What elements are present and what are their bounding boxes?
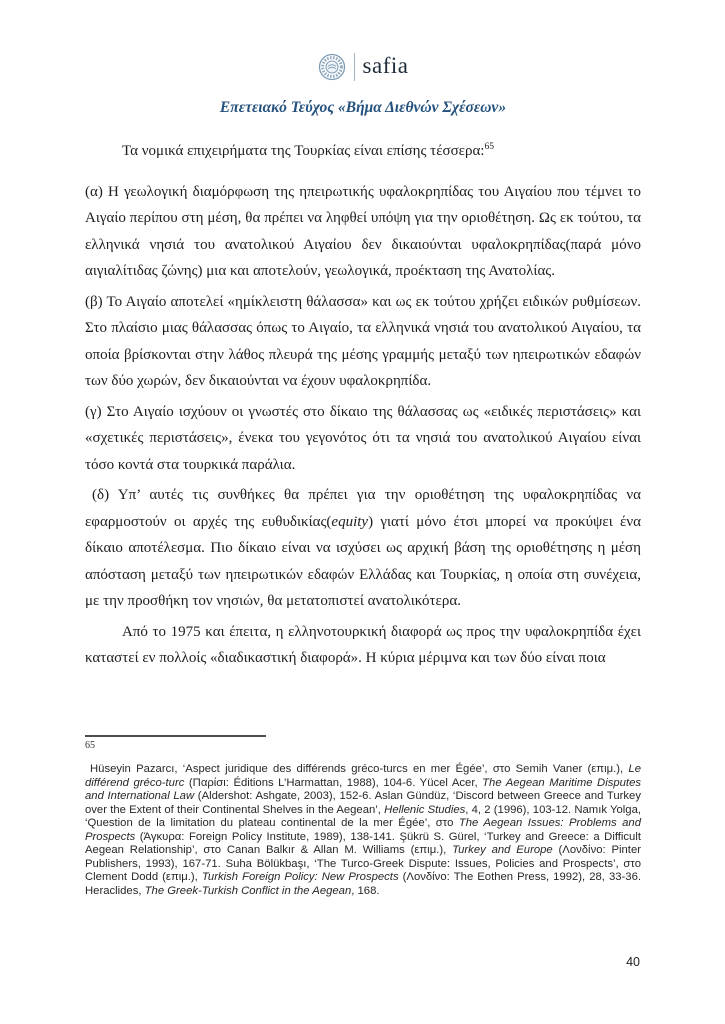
body-paragraph-closing: Από το 1975 και έπειτα, η ελληνοτουρκική… — [85, 619, 641, 672]
body-text: Τα νομικά επιχειρήματα της Τουρκίας είνα… — [85, 138, 641, 672]
body-paragraph-gamma: (γ) Στο Αιγαίο ισχύουν οι γνωστές στο δί… — [85, 399, 641, 479]
document-page: safia Επετειακό Τεύχος «Βήμα Διεθνών Σχέ… — [0, 0, 725, 1024]
intro-text: Τα νομικά επιχειρήματα της Τουρκίας είνα… — [122, 143, 484, 159]
footnote-text: Hüseyin Pazarcı, ‘Aspect juridique des d… — [85, 763, 641, 898]
safia-logo-text: safia — [363, 54, 409, 80]
footnote-area: 65 Hüseyin Pazarcı, ‘Aspect juridique de… — [85, 735, 641, 898]
safia-seal-icon — [318, 53, 346, 81]
body-paragraph-alpha: (α) Η γεωλογική διαμόρφωση της ηπειρωτικ… — [85, 179, 641, 285]
page-number: 40 — [626, 955, 640, 969]
intro-paragraph: Τα νομικά επιχειρήματα της Τουρκίας είνα… — [85, 138, 641, 165]
footnote-marker: 65 — [85, 740, 641, 751]
journal-title: Επετειακό Τεύχος «Βήμα Διεθνών Σχέσεων» — [85, 98, 641, 118]
footnote-reference: 65 — [484, 142, 494, 152]
safia-logo: safia — [85, 50, 641, 84]
footnote-separator — [85, 735, 266, 737]
body-paragraph-beta: (β) Το Αιγαίο αποτελεί «ημίκλειστη θάλασ… — [85, 289, 641, 395]
body-paragraph-delta: (δ) Υπ’ αυτές τις συνθήκες θα πρέπει για… — [85, 482, 641, 615]
logo-divider — [354, 53, 355, 81]
